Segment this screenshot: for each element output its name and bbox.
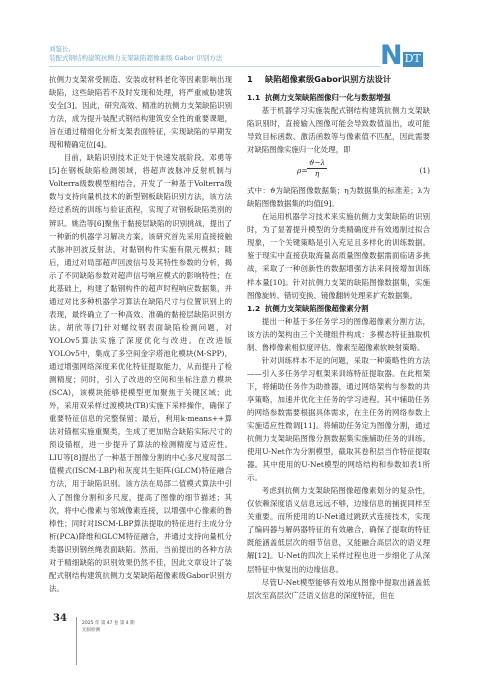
- equation-fraction: ϑ−λ η: [307, 158, 327, 179]
- paragraph: 抗侧力支架常受制造、安装或材料老化等因素影响出现缺陷，这些缺陷若不及时发现和处理…: [49, 73, 232, 151]
- header-divider: [49, 66, 381, 67]
- paragraph: 提出一种基于多任务学习的图像超像素分割方法，该方法的架构由三个关键组件构成：多模…: [247, 315, 430, 354]
- section-heading-1: 1缺陷超像素级Gabor识别方法设计: [247, 73, 430, 86]
- paragraph: 考虑到抗侧力支架缺陷图像超像素划分的复杂性，仅依赖深度语义信息远远不够，边缘信息…: [247, 484, 430, 575]
- section-number: 1.1: [247, 91, 265, 104]
- equation-number: (1): [420, 164, 430, 177]
- section-title: 缺陷超像素级Gabor识别方法设计: [265, 74, 391, 84]
- equation-denominator: η: [307, 169, 327, 179]
- paragraph: 式中：ϑ为缺陷图像数据集；η为数据集的标准差；λ为缺陷图像数据集的均值[9]。: [247, 184, 430, 210]
- paragraph: 目前，缺陷识别技术正处于快速发展阶段。邓勇等[5]在钢板缺陷检测领域，将超声波脉…: [49, 151, 232, 595]
- equation-lhs: ρ=: [297, 164, 308, 177]
- equation-numerator: ϑ−λ: [307, 158, 327, 169]
- section-title: 抗侧力支架缺陷图像归一化与数据增强: [265, 93, 391, 102]
- paragraph: 尽管U-Net模型能够有效地从图像中提取出涵盖低层次至高层次广泛语义信息的深度特…: [247, 576, 430, 602]
- page-number: 34: [53, 613, 67, 624]
- logo-dt: DT: [403, 52, 423, 67]
- section-number: 1: [247, 73, 265, 86]
- equation-1: ρ= ϑ−λ η (1): [247, 158, 430, 182]
- logo-n: N: [380, 45, 402, 67]
- section-title: 抗侧力支架缺陷图像超像素分割: [265, 304, 368, 313]
- right-column: 1缺陷超像素级Gabor识别方法设计 1.1抗侧力支架缺陷图像归一化与数据增强 …: [247, 73, 430, 602]
- header-running-title: 装配式钢结构建筑抗侧力支架缺陷超像素级 Gabor 识别方法: [49, 54, 429, 63]
- left-column: 抗侧力支架常受制造、安装或材料老化等因素影响出现缺陷，这些缺陷若不及时发现和处理…: [49, 73, 232, 595]
- section-heading-1-1: 1.1抗侧力支架缺陷图像归一化与数据增强: [247, 91, 430, 104]
- footer-divider: [76, 617, 77, 665]
- header-author: 刘鉴长,: [49, 45, 429, 54]
- journal-name: 无损检测: [82, 627, 135, 634]
- running-header: 刘鉴长, 装配式钢结构建筑抗侧力支架缺陷超像素级 Gabor 识别方法: [49, 45, 429, 63]
- journal-logo: N DT: [380, 43, 430, 67]
- footer-meta: 2025 年 第 47 卷 第 4 期 无损检测: [82, 620, 135, 634]
- paragraph: 针对训练样本不足的问题，采取一种策略性的方法——引入多任务学习框架来训练特征提取…: [247, 354, 430, 484]
- paragraph: 基于机器学习实施装配式钢结构建筑抗侧力支架缺陷识别时，直接输入图像可能会导致数值…: [247, 104, 430, 156]
- paragraph: 在运用机器学习技术来实施抗侧力支架缺陷的识别时，为了显著提升模型的分类精确度并有…: [247, 210, 430, 301]
- issue-info: 2025 年 第 47 卷 第 4 期: [82, 620, 135, 627]
- section-number: 1.2: [247, 302, 265, 315]
- section-heading-1-2: 1.2抗侧力支架缺陷图像超像素分割: [247, 302, 430, 315]
